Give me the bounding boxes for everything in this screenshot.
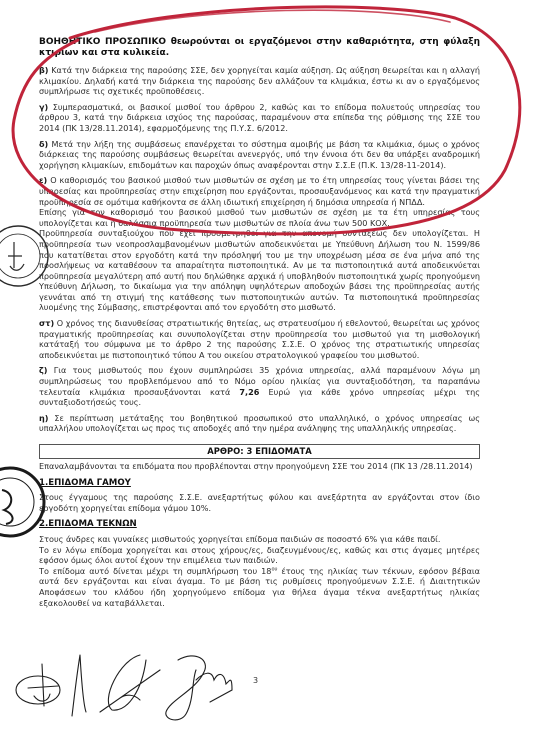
page-number: 3 <box>253 676 258 685</box>
child-allowance-title: 2.ΕΠΙΔΟΜΑ ΤΕΚΝΩΝ <box>39 519 480 530</box>
marriage-allowance-text: Στους έγγαμους της παρούσης Σ.Σ.Ε. ανεξα… <box>39 492 480 513</box>
paragraph-d: δ) Μετά την λήξη της συμβάσεως επανέρχετ… <box>39 139 480 171</box>
marriage-allowance-title: 1.ΕΠΙΔΟΜΑ ΓΑΜΟΥ <box>39 478 480 489</box>
article-3-title: ΑΡΘΡΟ: 3 ΕΠΙΔΟΜΑΤΑ <box>39 444 480 459</box>
child-allowance-text-2: Το εν λόγω επίδομα χορηγείται και στους … <box>39 545 480 566</box>
paragraph-c: γ) Συμπερασματικά, οι βασικοί μισθοί του… <box>39 102 480 134</box>
union-stamp-icon <box>0 468 44 536</box>
paragraph-e: ε) Ο καθορισμός του βασικού μισθού των μ… <box>39 175 480 207</box>
paragraph-st: στ) Ο χρόνος της διανυθείσας στρατιωτική… <box>39 318 480 360</box>
document-body: ΒΟΗΘΗΤΙΚΟ ΠΡΟΣΩΠΙΚΟ θεωρούνται οι εργαζό… <box>39 37 480 613</box>
child-allowance-text-1: Στους άνδρες και γυναίκες μισθωτούς χορη… <box>39 534 480 545</box>
signatures-icon <box>16 655 232 720</box>
document-page: ΒΟΗΘΗΤΙΚΟ ΠΡΟΣΩΠΙΚΟ θεωρούνται οι εργαζό… <box>0 0 535 750</box>
paragraph-z: ζ) Για τους μισθωτούς που έχουν συμπληρώ… <box>39 365 480 407</box>
paragraph-b: β) Κατά την διάρκεια της παρούσης ΣΣΕ, δ… <box>39 65 480 97</box>
child-allowance-text-3: Το επίδομα αυτό δίνεται μέχρι τη συμπλήρ… <box>39 566 480 608</box>
paragraph-maritime-service: Επίσης για τον καθορισμό του βασικού μισ… <box>39 207 480 228</box>
article-3-intro: Επαναλαμβάνονται τα επιδόματα που προβλέ… <box>39 461 480 472</box>
paragraph-prior-service: Προϋπηρεσία συνταξιούχου που έχει προσμε… <box>39 228 480 313</box>
auxiliary-staff-heading: ΒΟΗΘΗΤΙΚΟ ΠΡΟΣΩΠΙΚΟ θεωρούνται οι εργαζό… <box>39 37 480 59</box>
paragraph-h: η) Σε περίπτωση μετάταξης του βοηθητικού… <box>39 413 480 434</box>
